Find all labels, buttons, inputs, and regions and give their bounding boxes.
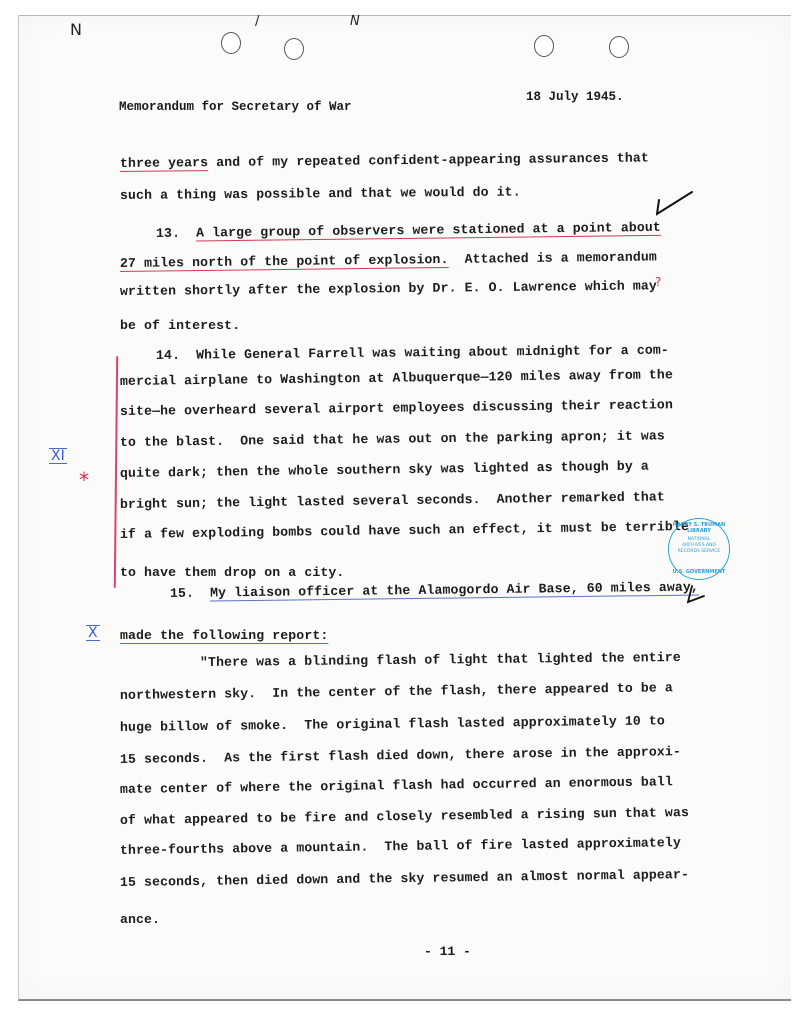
memo-date: 18 July 1945. [526, 90, 624, 104]
stamp-middle-text: NATIONAL ARCHIVES AND RECORDS SERVICE [677, 537, 721, 555]
check-icon [656, 190, 696, 220]
punch-hole-3 [534, 35, 554, 57]
margin-note-x: X [86, 625, 100, 641]
library-stamp: HARRY S. TRUMAN LIBRARY NATIONAL ARCHIVE… [668, 518, 730, 580]
punch-hole-1 [221, 32, 241, 54]
body-line: ance. [120, 912, 160, 927]
margin-question-icon: ? [655, 277, 661, 287]
margin-star-icon: * [79, 468, 89, 492]
punch-hole-2 [284, 38, 304, 60]
check-icon [684, 584, 708, 606]
margin-note-xi: XI [49, 448, 67, 464]
stamp-bottom-text: U.S. GOVERNMENT [669, 569, 729, 575]
body-line: to have them drop on a city. [120, 565, 344, 580]
corner-mark-n: N [70, 20, 82, 39]
memo-addressee: Memorandum for Secretary of War [119, 100, 352, 114]
punch-hole-4 [609, 36, 629, 58]
corner-mark-n2: N [350, 14, 360, 29]
body-line: made the following report: [120, 628, 328, 643]
page-number: - 11 - [424, 944, 471, 959]
body-line: be of interest. [120, 318, 240, 333]
stamp-top-text: HARRY S. TRUMAN LIBRARY [669, 522, 729, 534]
corner-mark-slash: / [255, 14, 259, 29]
